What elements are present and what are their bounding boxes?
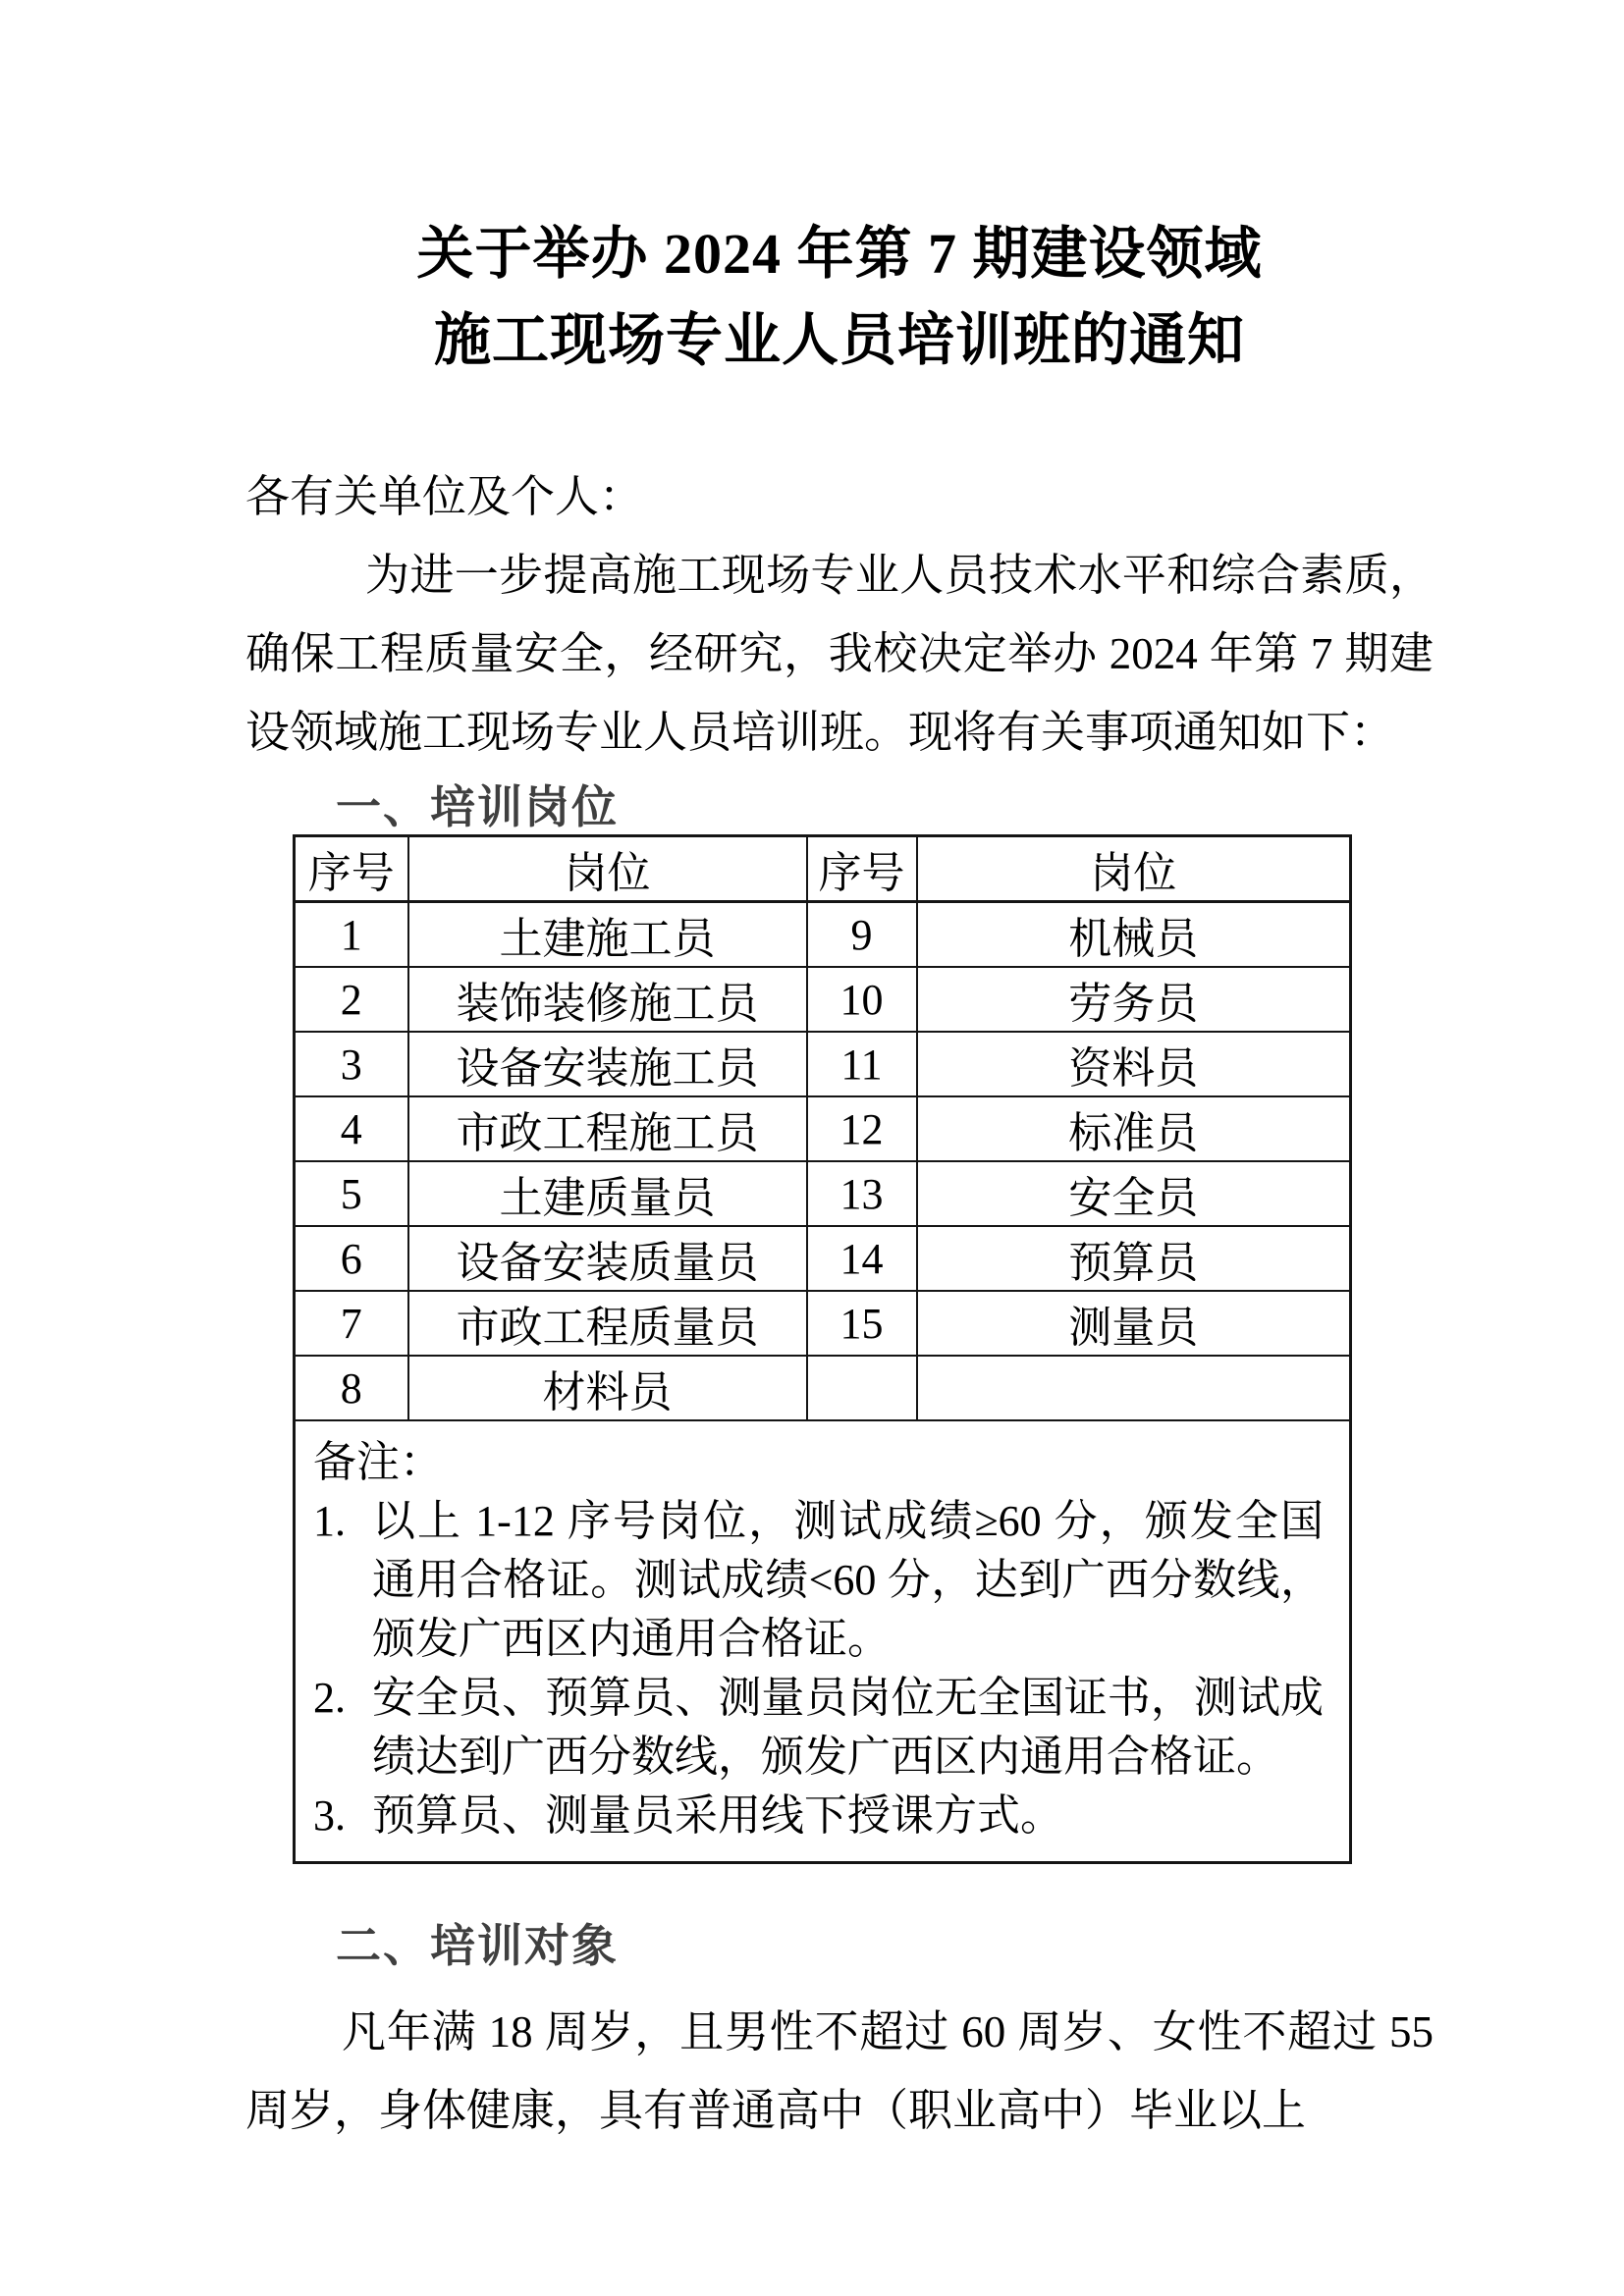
cell-seq: 6 — [295, 1226, 408, 1291]
table-row: 4 市政工程施工员 12 标准员 — [295, 1096, 1351, 1161]
cell-seq: 5 — [295, 1161, 408, 1226]
table-row: 2 装饰装修施工员 10 劳务员 — [295, 967, 1351, 1032]
cell-seq: 14 — [807, 1226, 917, 1291]
table-row: 8 材料员 — [295, 1356, 1351, 1420]
note-text: 安全员、预算员、测量员岗位无全国证书，测试成绩达到广西分数线，颁发广西区内通用合… — [372, 1669, 1324, 1787]
cell-position: 劳务员 — [917, 967, 1351, 1032]
cell-seq: 15 — [807, 1291, 917, 1356]
cell-position: 装饰装修施工员 — [408, 967, 807, 1032]
note-text: 以上 1-12 序号岗位，测试成绩≥60 分，颁发全国通用合格证。测试成绩<60… — [372, 1492, 1324, 1669]
training-positions-table: 序号 岗位 序号 岗位 1 土建施工员 9 机械员 2 装饰装修施工员 10 劳… — [293, 834, 1352, 1864]
table-row: 6 设备安装质量员 14 预算员 — [295, 1226, 1351, 1291]
cell-position: 设备安装施工员 — [408, 1032, 807, 1096]
note-number: 3. — [313, 1787, 372, 1845]
table-row: 1 土建施工员 9 机械员 — [295, 902, 1351, 968]
note-number: 1. — [313, 1492, 372, 1551]
note-number: 2. — [313, 1669, 372, 1728]
col-header-position-right: 岗位 — [917, 836, 1351, 902]
table-notes-row: 备注： 1. 以上 1-12 序号岗位，测试成绩≥60 分，颁发全国通用合格证。… — [295, 1420, 1351, 1863]
cell-position: 资料员 — [917, 1032, 1351, 1096]
table-header-row: 序号 岗位 序号 岗位 — [295, 836, 1351, 902]
cell-seq: 8 — [295, 1356, 408, 1420]
col-header-seq-right: 序号 — [807, 836, 917, 902]
document-title-line-1: 关于举办 2024 年第 7 期建设领域 — [245, 211, 1434, 297]
cell-seq: 3 — [295, 1032, 408, 1096]
cell-seq: 2 — [295, 967, 408, 1032]
cell-position: 测量员 — [917, 1291, 1351, 1356]
table-row: 3 设备安装施工员 11 资料员 — [295, 1032, 1351, 1096]
note-item-1: 1. 以上 1-12 序号岗位，测试成绩≥60 分，颁发全国通用合格证。测试成绩… — [313, 1492, 1324, 1669]
cell-position: 机械员 — [917, 902, 1351, 968]
col-header-seq-left: 序号 — [295, 836, 408, 902]
cell-seq: 11 — [807, 1032, 917, 1096]
cell-position: 市政工程质量员 — [408, 1291, 807, 1356]
salutation: 各有关单位及个人： — [245, 457, 1434, 536]
cell-seq: 10 — [807, 967, 917, 1032]
notes-label: 备注： — [313, 1433, 1324, 1492]
note-item-3: 3. 预算员、测量员采用线下授课方式。 — [313, 1787, 1324, 1845]
cell-seq: 4 — [295, 1096, 408, 1161]
cell-position: 设备安装质量员 — [408, 1226, 807, 1291]
table-notes-cell: 备注： 1. 以上 1-12 序号岗位，测试成绩≥60 分，颁发全国通用合格证。… — [295, 1420, 1351, 1863]
document-title-line-2: 施工现场专业人员培训班的通知 — [245, 297, 1434, 384]
table-row: 5 土建质量员 13 安全员 — [295, 1161, 1351, 1226]
section-1-heading: 一、培训岗位 — [336, 779, 1434, 834]
intro-paragraph: 为进一步提高施工现场专业人员技术水平和综合素质，确保工程质量安全，经研究，我校决… — [245, 536, 1434, 772]
col-header-position-left: 岗位 — [408, 836, 807, 902]
cell-seq: 13 — [807, 1161, 917, 1226]
cell-seq: 7 — [295, 1291, 408, 1356]
note-text: 预算员、测量员采用线下授课方式。 — [372, 1787, 1324, 1845]
section-2-paragraph: 凡年满 18 周岁，且男性不超过 60 周岁、女性不超过 55 周岁，身体健康，… — [245, 1993, 1434, 2150]
cell-position: 标准员 — [917, 1096, 1351, 1161]
note-item-2: 2. 安全员、预算员、测量员岗位无全国证书，测试成绩达到广西分数线，颁发广西区内… — [313, 1669, 1324, 1787]
cell-position: 预算员 — [917, 1226, 1351, 1291]
cell-position: 市政工程施工员 — [408, 1096, 807, 1161]
cell-seq: 1 — [295, 902, 408, 968]
cell-position — [917, 1356, 1351, 1420]
cell-position: 土建质量员 — [408, 1161, 807, 1226]
cell-position: 材料员 — [408, 1356, 807, 1420]
table-row: 7 市政工程质量员 15 测量员 — [295, 1291, 1351, 1356]
section-2-heading: 二、培训对象 — [336, 1918, 1434, 1973]
cell-position: 安全员 — [917, 1161, 1351, 1226]
document-title: 关于举办 2024 年第 7 期建设领域 施工现场专业人员培训班的通知 — [245, 211, 1434, 384]
cell-position: 土建施工员 — [408, 902, 807, 968]
cell-seq: 12 — [807, 1096, 917, 1161]
cell-seq: 9 — [807, 902, 917, 968]
cell-seq — [807, 1356, 917, 1420]
document-page: 关于举办 2024 年第 7 期建设领域 施工现场专业人员培训班的通知 各有关单… — [0, 0, 1624, 2296]
